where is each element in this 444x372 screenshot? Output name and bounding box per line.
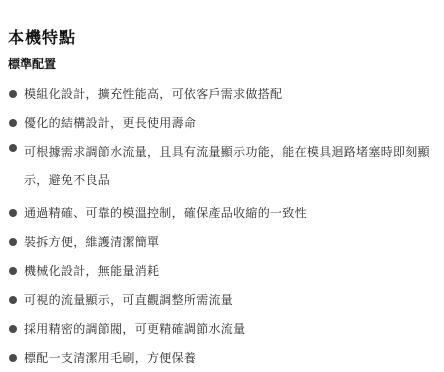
list-item: 可視的流量顯示，可直觀調整所需流量 [8,290,438,310]
list-item: 機械化設計，無能量消耗 [8,261,438,281]
list-item: 標配一支清潔用毛刷，方便保養 [8,348,438,368]
bullet-icon [9,90,17,98]
bullet-icon [9,119,17,127]
feature-text: 可根據需求調節水流量，且具有流量顯示功能，能在模具迴路堵塞時即刻顯示，避免不良品 [24,138,438,194]
feature-text: 標配一支清潔用毛刷，方便保養 [24,348,438,368]
feature-text: 優化的結構設計，更長使用壽命 [24,113,438,133]
list-item: 優化的結構設計，更長使用壽命 [8,113,438,133]
bullet-icon [9,325,17,333]
bullet-icon [9,238,17,246]
feature-text: 採用精密的調節閥，可更精確調節水流量 [24,319,438,339]
feature-text: 通過精確、可靠的模溫控制，確保產品收縮的一致性 [24,203,438,223]
list-item: 通過精確、可靠的模溫控制，確保產品收縮的一致性 [8,203,438,223]
feature-list: 模組化設計，擴充性能高，可依客戶需求做搭配 優化的結構設計，更長使用壽命 可根據… [8,84,438,372]
bullet-icon [9,296,17,304]
feature-text: 裝拆方便，維護清潔簡單 [24,232,438,252]
feature-text: 機械化設計，無能量消耗 [24,261,438,281]
bullet-icon [9,209,17,217]
feature-text: 模組化設計，擴充性能高，可依客戶需求做搭配 [24,84,438,104]
section-subtitle: 標準配置 [8,56,56,72]
bullet-icon [9,354,17,362]
document-page: 本機特點 標準配置 模組化設計，擴充性能高，可依客戶需求做搭配 優化的結構設計，… [0,0,444,372]
bullet-icon [9,267,17,275]
bullet-icon [9,144,17,152]
page-title: 本機特點 [8,28,76,48]
list-item: 可根據需求調節水流量，且具有流量顯示功能，能在模具迴路堵塞時即刻顯示，避免不良品 [8,138,438,194]
feature-text: 可視的流量顯示，可直觀調整所需流量 [24,290,438,310]
list-item: 採用精密的調節閥，可更精確調節水流量 [8,319,438,339]
list-item: 裝拆方便，維護清潔簡單 [8,232,438,252]
list-item: 模組化設計，擴充性能高，可依客戶需求做搭配 [8,84,438,104]
